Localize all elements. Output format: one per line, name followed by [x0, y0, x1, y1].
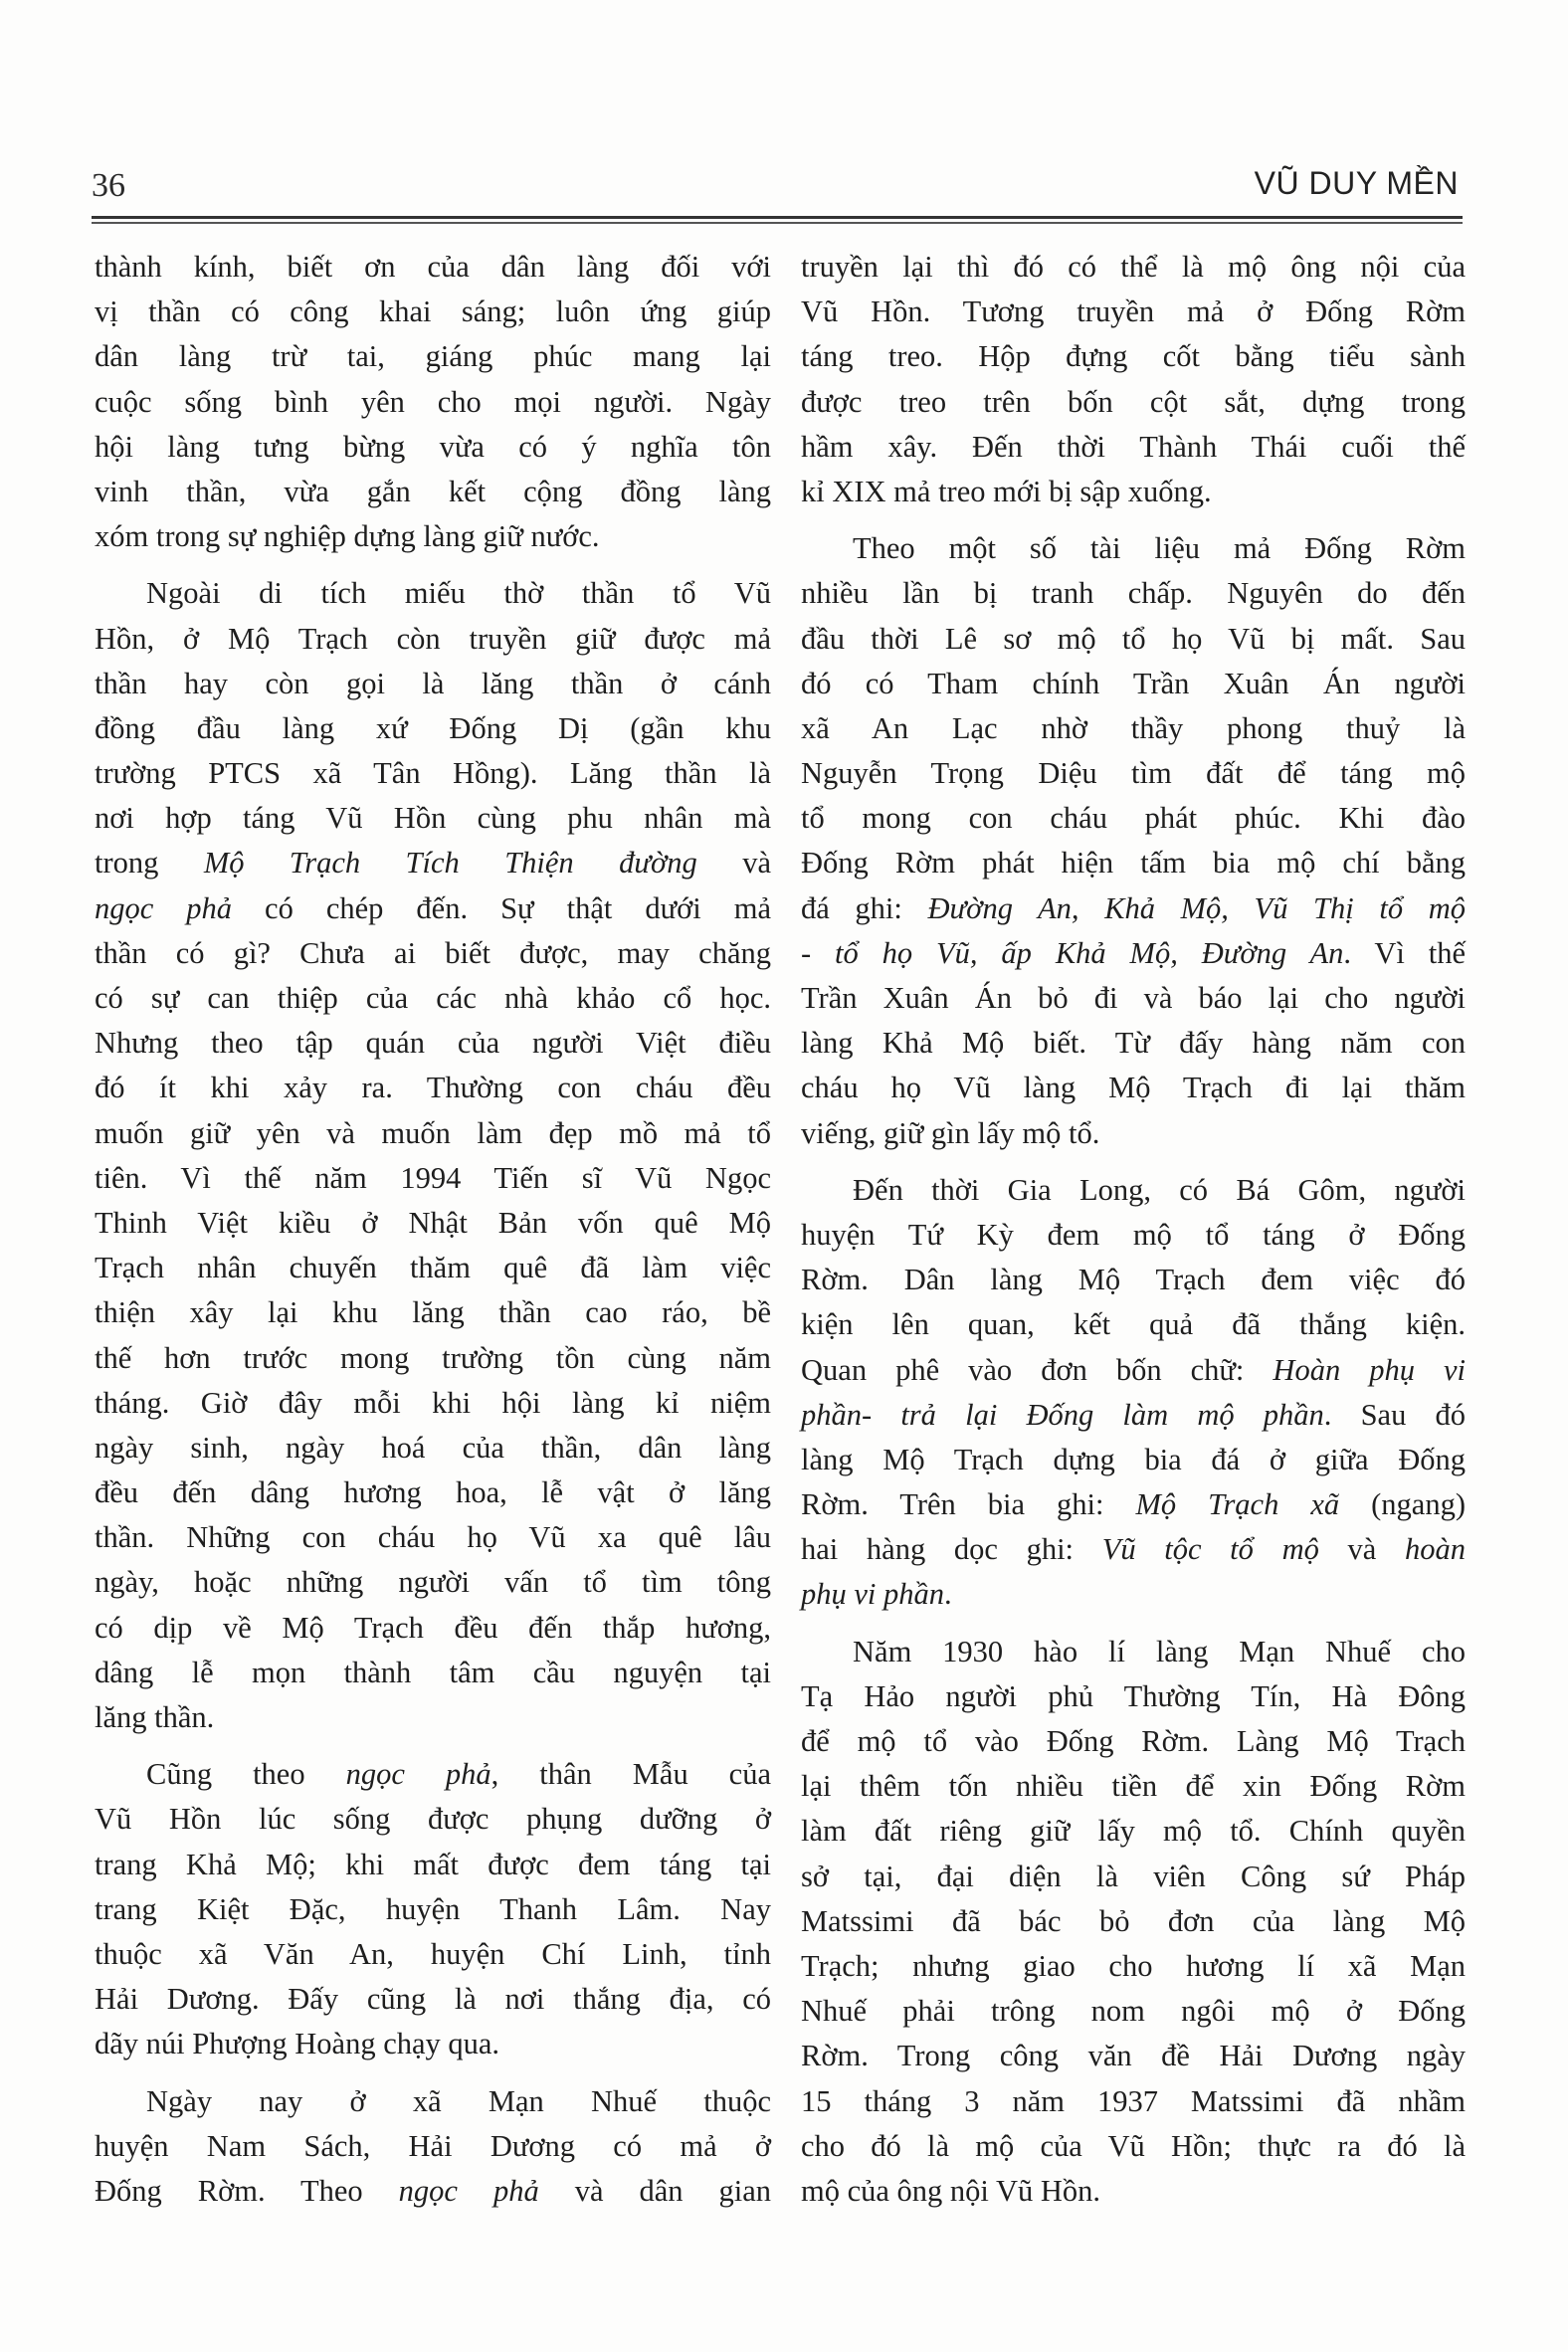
- text-line: lại thêm tốn nhiều tiền để xin Đống Rờm: [801, 1764, 1466, 1809]
- text-line: Nhuế phải trông nom ngôi mộ ở Đống: [801, 1989, 1466, 2034]
- text-line: nơi hợp táng Vũ Hồn cùng phu nhân mà: [95, 796, 771, 841]
- italic-title-text: ngọc phả: [346, 1757, 491, 1791]
- left-text-column: thành kính, biết ơn của dân làng đối với…: [95, 245, 771, 2214]
- text-line: Hải Dương. Đấy cũng là nơi thắng địa, có: [95, 1977, 771, 2022]
- text-line: 15 tháng 3 năm 1937 Matssimi đã nhầm: [801, 2079, 1466, 2124]
- text-line: đá ghi: Đường An, Khả Mộ, Vũ Thị tổ mộ: [801, 886, 1466, 931]
- italic-title-text: Mộ Trạch xã: [1136, 1487, 1340, 1521]
- paragraph: truyền lại thì đó có thể là mộ ông nội c…: [801, 245, 1466, 514]
- text-line: tiên. Vì thế năm 1994 Tiến sĩ Vũ Ngọc: [95, 1156, 771, 1201]
- italic-title-text: hoàn: [1405, 1532, 1466, 1566]
- text-line: viếng, giữ gìn lấy mộ tổ.: [801, 1111, 1466, 1156]
- text-line: được treo trên bốn cột sắt, dựng trong: [801, 380, 1466, 425]
- text-line: Vũ Hồn. Tương truyền mả ở Đống Rờm: [801, 290, 1466, 334]
- italic-title-text: Đường An, Khả Mộ, Vũ Thị tổ mộ: [928, 891, 1467, 925]
- text-line: hai hàng dọc ghi: Vũ tộc tổ mộ và hoàn: [801, 1527, 1466, 1572]
- text-line: làng Mộ Trạch dựng bia đá ở giữa Đống: [801, 1438, 1466, 1482]
- text-line: đồng đầu làng xứ Đống Dị (gần khu: [95, 706, 771, 751]
- italic-title-text: ngọc phả: [399, 2174, 539, 2208]
- text-line: vinh thần, vừa gắn kết cộng đồng làng: [95, 470, 771, 514]
- text-line: làm đất riêng giữ lấy mộ tổ. Chính quyền: [801, 1809, 1466, 1854]
- text-line: cho đó là mộ của Vũ Hồn; thực ra đó là: [801, 2124, 1466, 2169]
- text-line: tổ mong con cháu phát phúc. Khi đào: [801, 796, 1466, 841]
- text-line: Đống Rờm. Theo ngọc phả và dân gian: [95, 2169, 771, 2214]
- text-line: Rờm. Dân làng Mộ Trạch đem việc đó: [801, 1258, 1466, 1302]
- text-line: Theo một số tài liệu mả Đống Rờm: [801, 526, 1466, 571]
- paragraph-gap: [801, 1156, 1466, 1168]
- text-line: thuộc xã Văn An, huyện Chí Linh, tỉnh: [95, 1932, 771, 1977]
- text-line: để mộ tổ vào Đống Rờm. Làng Mộ Trạch: [801, 1719, 1466, 1764]
- text-line: đó có Tham chính Trần Xuân Án người: [801, 662, 1466, 706]
- paragraph-gap: [95, 559, 771, 571]
- text-line: - tổ họ Vũ, ấp Khả Mộ, Đường An. Vì thế: [801, 931, 1466, 976]
- text-line: xóm trong sự nghiệp dựng làng giữ nước.: [95, 514, 771, 559]
- paragraph-gap: [95, 2067, 771, 2079]
- text-line: Matssimi đã bác bỏ đơn của làng Mộ: [801, 1899, 1466, 1944]
- text-line: Năm 1930 hào lí làng Mạn Nhuế cho: [801, 1630, 1466, 1674]
- text-line: Trạch; nhưng giao cho hương lí xã Mạn: [801, 1944, 1466, 1989]
- text-line: Đống Rờm phát hiện tấm bia mộ chí bằng: [801, 841, 1466, 885]
- text-line: dâng lễ mọn thành tâm cầu nguyện tại: [95, 1651, 771, 1695]
- text-line: trang Kiệt Đặc, huyện Thanh Lâm. Nay: [95, 1887, 771, 1932]
- text-line: vị thần có công khai sáng; luôn ứng giúp: [95, 290, 771, 334]
- text-line: Rờm. Trên bia ghi: Mộ Trạch xã (ngang): [801, 1482, 1466, 1527]
- italic-title-text: Vũ tộc tổ mộ: [1102, 1532, 1319, 1566]
- text-line: Trần Xuân Án bỏ đi và báo lại cho người: [801, 976, 1466, 1021]
- text-line: kiện lên quan, kết quả đã thắng kiện.: [801, 1302, 1466, 1347]
- text-line: mộ của ông nội Vũ Hồn.: [801, 2169, 1466, 2214]
- italic-title-text: Mộ Trạch Tích Thiện đường: [204, 846, 697, 880]
- text-line: đầu thời Lê sơ mộ tổ họ Vũ bị mất. Sau: [801, 617, 1466, 662]
- text-line: Nhưng theo tập quán của người Việt điều: [95, 1021, 771, 1066]
- right-text-column: truyền lại thì đó có thể là mộ ông nội c…: [801, 245, 1466, 2214]
- text-line: kỉ XIX mả treo mới bị sập xuống.: [801, 470, 1466, 514]
- text-line: lăng thần.: [95, 1695, 771, 1740]
- text-line: hầm xây. Đến thời Thành Thái cuối thế: [801, 425, 1466, 470]
- text-line: Đến thời Gia Long, có Bá Gôm, người: [801, 1168, 1466, 1213]
- text-line: đều đến dâng hương hoa, lễ vật ở lăng: [95, 1470, 771, 1515]
- italic-title-text: Hoàn phụ vi: [1273, 1353, 1466, 1387]
- text-line: Ngoài di tích miếu thờ thần tổ Vũ: [95, 571, 771, 616]
- text-line: dân làng trừ tai, giáng phúc mang lại: [95, 334, 771, 379]
- paragraph: Năm 1930 hào lí làng Mạn Nhuế choTạ Hảo …: [801, 1630, 1466, 2214]
- text-line: dãy núi Phượng Hoàng chạy qua.: [95, 2022, 771, 2066]
- italic-title-text: - tổ họ Vũ, ấp Khả Mộ, Đường An: [801, 936, 1343, 970]
- text-line: truyền lại thì đó có thể là mộ ông nội c…: [801, 245, 1466, 290]
- text-line: có sự can thiệp của các nhà khảo cổ học.: [95, 976, 771, 1021]
- text-line: Nguyễn Trọng Diệu tìm đất để táng mộ: [801, 751, 1466, 796]
- text-line: thế hơn trước mong trường tồn cùng năm: [95, 1336, 771, 1381]
- text-line: trường PTCS xã Tân Hồng). Lăng thần là: [95, 751, 771, 796]
- italic-title-text: phụ vi phần: [801, 1577, 944, 1611]
- text-line: Tạ Hảo người phủ Thường Tín, Hà Đông: [801, 1674, 1466, 1719]
- text-line: táng treo. Hộp đựng cốt bằng tiểu sành: [801, 334, 1466, 379]
- text-line: tháng. Giờ đây mỗi khi hội làng kỉ niệm: [95, 1381, 771, 1426]
- text-line: đó ít khi xảy ra. Thường con cháu đều: [95, 1066, 771, 1110]
- paragraph-gap: [801, 514, 1466, 526]
- text-line: Trạch nhân chuyến thăm quê đã làm việc: [95, 1246, 771, 1290]
- text-line: thần hay còn gọi là lăng thần ở cánh: [95, 662, 771, 706]
- text-line: thiện xây lại khu lăng thần cao ráo, bề: [95, 1290, 771, 1335]
- text-line: huyện Tứ Kỳ đem mộ tổ táng ở Đống: [801, 1213, 1466, 1258]
- paragraph: Cũng theo ngọc phả, thân Mẫu củaVũ Hồn l…: [95, 1752, 771, 2066]
- paragraph: thành kính, biết ơn của dân làng đối với…: [95, 245, 771, 559]
- text-line: ngày, hoặc những người vấn tổ tìm tông: [95, 1560, 771, 1605]
- text-line: thành kính, biết ơn của dân làng đối với: [95, 245, 771, 290]
- text-line: ngọc phả có chép đến. Sự thật dưới mả: [95, 886, 771, 931]
- text-line: xã An Lạc nhờ thầy phong thuỷ là: [801, 706, 1466, 751]
- paragraph-gap: [801, 1618, 1466, 1630]
- page-number: 36: [92, 167, 125, 205]
- text-line: huyện Nam Sách, Hải Dương có mả ở: [95, 2124, 771, 2169]
- text-line: trong Mộ Trạch Tích Thiện đường và: [95, 841, 771, 885]
- italic-title-text: phần- trả lại Đống làm mộ phần: [801, 1398, 1324, 1432]
- text-line: phụ vi phần.: [801, 1572, 1466, 1617]
- running-head-author: VŨ DUY MỀN: [1255, 165, 1459, 202]
- paragraph: Ngoài di tích miếu thờ thần tổ VũHồn, ở …: [95, 571, 771, 1740]
- text-line: trang Khả Mộ; khi mất được đem táng tại: [95, 1843, 771, 1887]
- text-line: hội làng tưng bừng vừa có ý nghĩa tôn: [95, 425, 771, 470]
- text-line: Thinh Việt kiều ở Nhật Bản vốn quê Mộ: [95, 1201, 771, 1246]
- text-line: Hồn, ở Mộ Trạch còn truyền giữ được mả: [95, 617, 771, 662]
- italic-title-text: ngọc phả: [95, 891, 232, 925]
- text-line: sở tại, đại diện là viên Công sứ Pháp: [801, 1855, 1466, 1899]
- text-line: cháu họ Vũ làng Mộ Trạch đi lại thăm: [801, 1066, 1466, 1110]
- text-line: Quan phê vào đơn bốn chữ: Hoàn phụ vi: [801, 1348, 1466, 1393]
- book-page: 36 VŨ DUY MỀN thành kính, biết ơn của dâ…: [0, 0, 1568, 2352]
- paragraph: Đến thời Gia Long, có Bá Gôm, ngườihuyện…: [801, 1168, 1466, 1618]
- text-line: thần có gì? Chưa ai biết được, may chăng: [95, 931, 771, 976]
- text-line: Vũ Hồn lúc sống được phụng dưỡng ở: [95, 1797, 771, 1842]
- text-line: Cũng theo ngọc phả, thân Mẫu của: [95, 1752, 771, 1797]
- header-rule-top: [92, 216, 1463, 219]
- paragraph: Theo một số tài liệu mả Đống Rờmnhiều lầ…: [801, 526, 1466, 1156]
- text-line: thần. Những con cháu họ Vũ xa quê lâu: [95, 1515, 771, 1560]
- text-line: cuộc sống bình yên cho mọi người. Ngày: [95, 380, 771, 425]
- text-line: có dịp về Mộ Trạch đều đến thắp hương,: [95, 1606, 771, 1651]
- text-line: phần- trả lại Đống làm mộ phần. Sau đó: [801, 1393, 1466, 1438]
- text-line: Ngày nay ở xã Mạn Nhuế thuộc: [95, 2079, 771, 2124]
- text-line: muốn giữ yên và muốn làm đẹp mồ mả tổ: [95, 1111, 771, 1156]
- text-line: Rờm. Trong công văn đề Hải Dương ngày: [801, 2034, 1466, 2078]
- header-rule-bottom: [92, 222, 1463, 224]
- paragraph-gap: [95, 1740, 771, 1752]
- text-line: ngày sinh, ngày hoá của thần, dân làng: [95, 1426, 771, 1470]
- text-line: nhiều lần bị tranh chấp. Nguyên do đến: [801, 571, 1466, 616]
- text-line: làng Khả Mộ biết. Từ đấy hàng năm con: [801, 1021, 1466, 1066]
- paragraph: Ngày nay ở xã Mạn Nhuế thuộchuyện Nam Sá…: [95, 2079, 771, 2215]
